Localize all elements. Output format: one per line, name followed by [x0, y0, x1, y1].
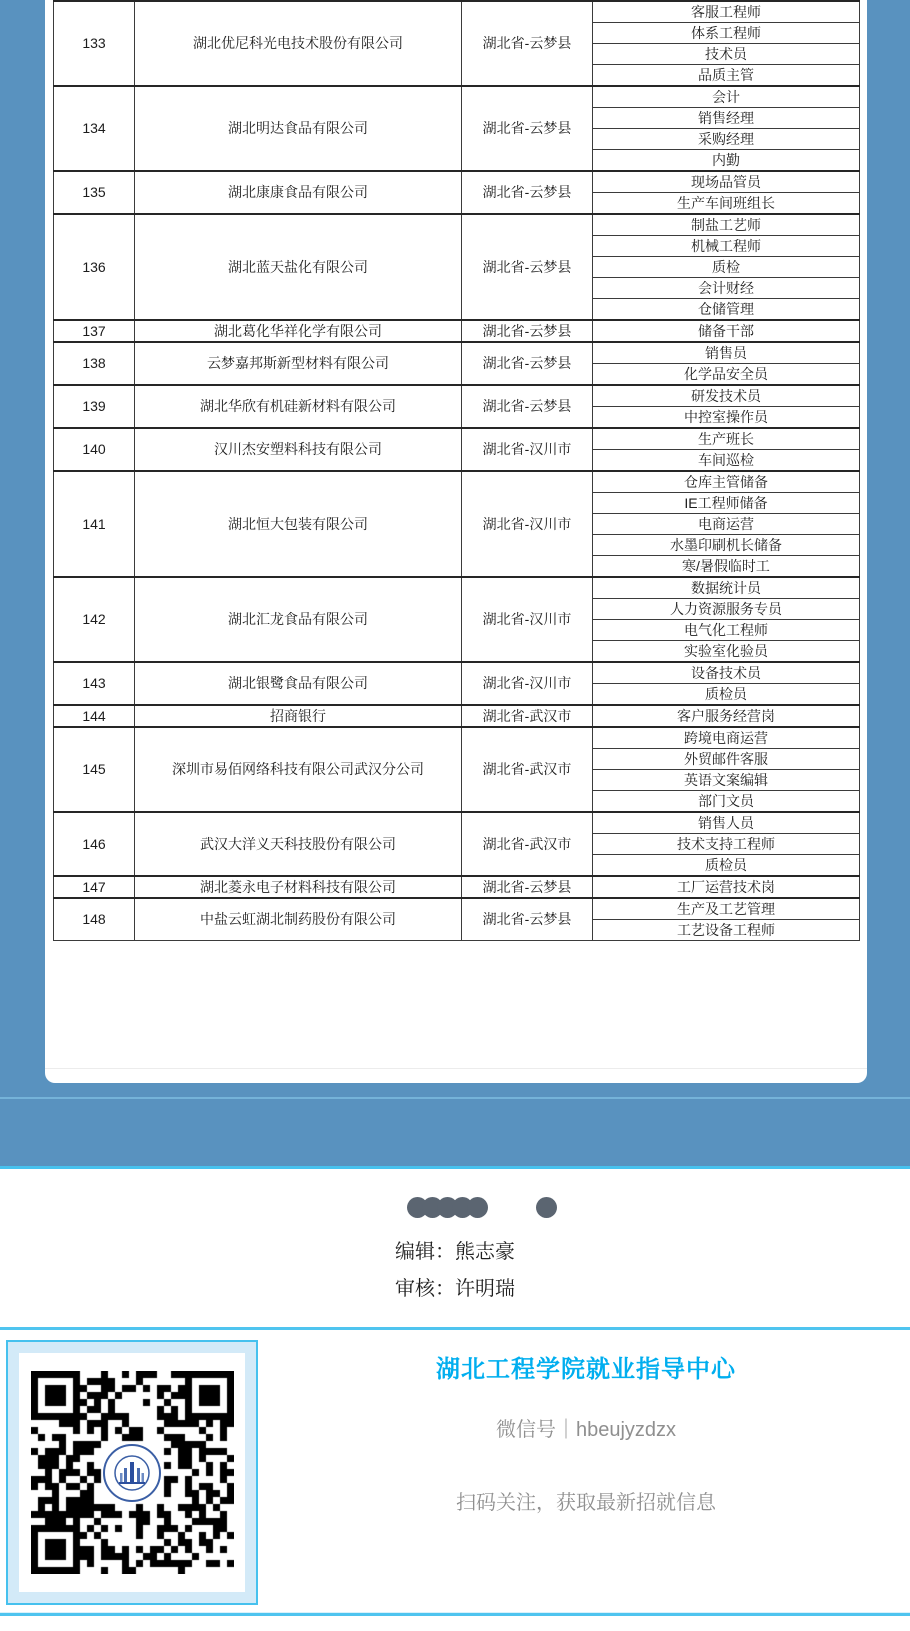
position-cell: 储备干部 [593, 320, 860, 342]
location-cell: 湖北省-汉川市 [462, 428, 593, 471]
company-cell: 中盐云虹湖北制药股份有限公司 [135, 898, 462, 941]
row-number-cell: 134 [54, 86, 135, 171]
table-row: 140汉川杰安塑料科技有限公司湖北省-汉川市生产班长 [54, 428, 860, 450]
editor-line: 编辑：熊志豪 [0, 1234, 910, 1271]
qr-panel [6, 1340, 258, 1605]
credits-block: 编辑：熊志豪 审核：许明瑞 [0, 1234, 910, 1308]
position-cell: 体系工程师 [593, 23, 860, 44]
position-cell: 销售人员 [593, 812, 860, 834]
position-cell: 水墨印刷机长储备 [593, 535, 860, 556]
company-cell: 招商银行 [135, 705, 462, 727]
position-cell: 会计 [593, 86, 860, 108]
position-cell: 质检员 [593, 684, 860, 706]
position-cell: 客户服务经营岗 [593, 705, 860, 727]
table-row: 143湖北银鹭食品有限公司湖北省-汉川市设备技术员 [54, 662, 860, 684]
table-row: 141湖北恒大包装有限公司湖北省-汉川市仓库主管储备 [54, 471, 860, 493]
position-cell: 实验室化验员 [593, 641, 860, 663]
row-number-cell: 145 [54, 727, 135, 812]
location-cell: 湖北省-云梦县 [462, 320, 593, 342]
position-cell: 仓储管理 [593, 299, 860, 321]
company-cell: 武汉大洋义天科技股份有限公司 [135, 812, 462, 876]
row-number-cell: 140 [54, 428, 135, 471]
position-cell: 内勤 [593, 150, 860, 172]
table-row: 142湖北汇龙食品有限公司湖北省-汉川市数据统计员 [54, 577, 860, 599]
position-cell: 仓库主管储备 [593, 471, 860, 493]
row-number-cell: 141 [54, 471, 135, 577]
location-cell: 湖北省-云梦县 [462, 898, 593, 941]
company-cell: 汉川杰安塑料科技有限公司 [135, 428, 462, 471]
position-cell: 跨境电商运营 [593, 727, 860, 749]
row-number-cell: 143 [54, 662, 135, 705]
table-row: 134湖北明达食品有限公司湖北省-云梦县会计 [54, 86, 860, 108]
row-number-cell: 139 [54, 385, 135, 428]
row-number-cell: 138 [54, 342, 135, 385]
position-cell: 车间巡检 [593, 450, 860, 472]
row-number-cell: 147 [54, 876, 135, 898]
location-cell: 湖北省-武汉市 [462, 727, 593, 812]
table-row: 144招商银行湖北省-武汉市客户服务经营岗 [54, 705, 860, 727]
position-cell: 电气化工程师 [593, 620, 860, 641]
position-cell: 客服工程师 [593, 1, 860, 23]
company-cell: 深圳市易佰网络科技有限公司武汉分公司 [135, 727, 462, 812]
row-number-cell: 148 [54, 898, 135, 941]
row-number-cell: 144 [54, 705, 135, 727]
position-cell: 制盐工艺师 [593, 214, 860, 236]
company-table: 133湖北优尼科光电技术股份有限公司湖北省-云梦县客服工程师体系工程师技术员品质… [53, 0, 860, 941]
position-cell: 现场品管员 [593, 171, 860, 193]
table-row: 136湖北蓝天盐化有限公司湖北省-云梦县制盐工艺师 [54, 214, 860, 236]
position-cell: 化学品安全员 [593, 364, 860, 386]
position-cell: 技术员 [593, 44, 860, 65]
section-divider [0, 1327, 910, 1330]
wechat-id-line: 微信号｜hbeujyzdzx [262, 1413, 910, 1442]
position-cell: 技术支持工程师 [593, 834, 860, 855]
article-card: 133湖北优尼科光电技术股份有限公司湖北省-云梦县客服工程师体系工程师技术员品质… [45, 0, 867, 1083]
position-cell: 中控室操作员 [593, 407, 860, 429]
account-info: 湖北工程学院就业指导中心 微信号｜hbeujyzdzx 扫码关注，获取最新招就信… [262, 1340, 910, 1515]
company-cell: 湖北蓝天盐化有限公司 [135, 214, 462, 320]
company-table-body: 133湖北优尼科光电技术股份有限公司湖北省-云梦县客服工程师体系工程师技术员品质… [54, 1, 860, 941]
company-cell: 湖北银鹭食品有限公司 [135, 662, 462, 705]
table-row: 138云梦嘉邦斯新型材料有限公司湖北省-云梦县销售员 [54, 342, 860, 364]
position-cell: 生产班长 [593, 428, 860, 450]
position-cell: 人力资源服务专员 [593, 599, 860, 620]
company-cell: 湖北葛化华祥化学有限公司 [135, 320, 462, 342]
table-row: 148中盐云虹湖北制药股份有限公司湖北省-云梦县生产及工艺管理 [54, 898, 860, 920]
company-cell: 湖北华欣有机硅新材料有限公司 [135, 385, 462, 428]
location-cell: 湖北省-云梦县 [462, 171, 593, 214]
bottom-edge-line [0, 1612, 910, 1616]
position-cell: 部门文员 [593, 791, 860, 813]
row-number-cell: 133 [54, 1, 135, 86]
position-cell: IE工程师储备 [593, 493, 860, 514]
table-row: 135湖北康康食品有限公司湖北省-云梦县现场品管员 [54, 171, 860, 193]
table-row: 133湖北优尼科光电技术股份有限公司湖北省-云梦县客服工程师 [54, 1, 860, 23]
location-cell: 湖北省-云梦县 [462, 86, 593, 171]
company-cell: 湖北康康食品有限公司 [135, 171, 462, 214]
row-number-cell: 146 [54, 812, 135, 876]
dot-icon [536, 1197, 557, 1218]
reviewer-line: 审核：许明瑞 [0, 1271, 910, 1308]
position-cell: 研发技术员 [593, 385, 860, 407]
table-row: 139湖北华欣有机硅新材料有限公司湖北省-云梦县研发技术员 [54, 385, 860, 407]
position-cell: 机械工程师 [593, 236, 860, 257]
table-row: 137湖北葛化华祥化学有限公司湖北省-云梦县储备干部 [54, 320, 860, 342]
position-cell: 数据统计员 [593, 577, 860, 599]
position-cell: 会计财经 [593, 278, 860, 299]
table-row: 145深圳市易佰网络科技有限公司武汉分公司湖北省-武汉市跨境电商运营 [54, 727, 860, 749]
row-number-cell: 142 [54, 577, 135, 662]
company-cell: 湖北菱永电子材料科技有限公司 [135, 876, 462, 898]
company-cell: 湖北恒大包装有限公司 [135, 471, 462, 577]
company-cell: 湖北明达食品有限公司 [135, 86, 462, 171]
qr-white-panel [19, 1353, 245, 1592]
position-cell: 生产及工艺管理 [593, 898, 860, 920]
row-number-cell: 135 [54, 171, 135, 214]
position-cell: 英语文案编辑 [593, 770, 860, 791]
table-row: 147湖北菱永电子材料科技有限公司湖北省-云梦县工厂运营技术岗 [54, 876, 860, 898]
position-cell: 质检员 [593, 855, 860, 877]
account-title: 湖北工程学院就业指导中心 [262, 1349, 910, 1384]
article-page: 133湖北优尼科光电技术股份有限公司湖北省-云梦县客服工程师体系工程师技术员品质… [0, 0, 910, 1631]
scan-hint-line: 扫码关注，获取最新招就信息 [262, 1486, 910, 1515]
location-cell: 湖北省-汉川市 [462, 577, 593, 662]
position-cell: 销售经理 [593, 108, 860, 129]
company-cell: 湖北优尼科光电技术股份有限公司 [135, 1, 462, 86]
position-cell: 寒/暑假临时工 [593, 556, 860, 578]
location-cell: 湖北省-云梦县 [462, 1, 593, 86]
university-seal-icon [103, 1444, 161, 1502]
table-row: 146武汉大洋义天科技股份有限公司湖北省-武汉市销售人员 [54, 812, 860, 834]
company-cell: 云梦嘉邦斯新型材料有限公司 [135, 342, 462, 385]
position-cell: 电商运营 [593, 514, 860, 535]
paging-dots-icon [0, 1197, 910, 1221]
position-cell: 采购经理 [593, 129, 860, 150]
location-cell: 湖北省-云梦县 [462, 342, 593, 385]
position-cell: 质检 [593, 257, 860, 278]
row-number-cell: 137 [54, 320, 135, 342]
location-cell: 湖北省-云梦县 [462, 214, 593, 320]
position-cell: 工厂运营技术岗 [593, 876, 860, 898]
company-cell: 湖北汇龙食品有限公司 [135, 577, 462, 662]
card-bottom-divider [45, 1068, 867, 1069]
location-cell: 湖北省-汉川市 [462, 471, 593, 577]
row-number-cell: 136 [54, 214, 135, 320]
location-cell: 湖北省-云梦县 [462, 876, 593, 898]
dot-icon [467, 1197, 488, 1218]
location-cell: 湖北省-武汉市 [462, 812, 593, 876]
position-cell: 设备技术员 [593, 662, 860, 684]
location-cell: 湖北省-武汉市 [462, 705, 593, 727]
position-cell: 外贸邮件客服 [593, 749, 860, 770]
position-cell: 生产车间班组长 [593, 193, 860, 215]
location-cell: 湖北省-汉川市 [462, 662, 593, 705]
location-cell: 湖北省-云梦县 [462, 385, 593, 428]
position-cell: 工艺设备工程师 [593, 920, 860, 941]
position-cell: 品质主管 [593, 65, 860, 87]
blue-band-top-line [0, 1097, 910, 1099]
blue-band-bottom-line [0, 1166, 910, 1169]
position-cell: 销售员 [593, 342, 860, 364]
